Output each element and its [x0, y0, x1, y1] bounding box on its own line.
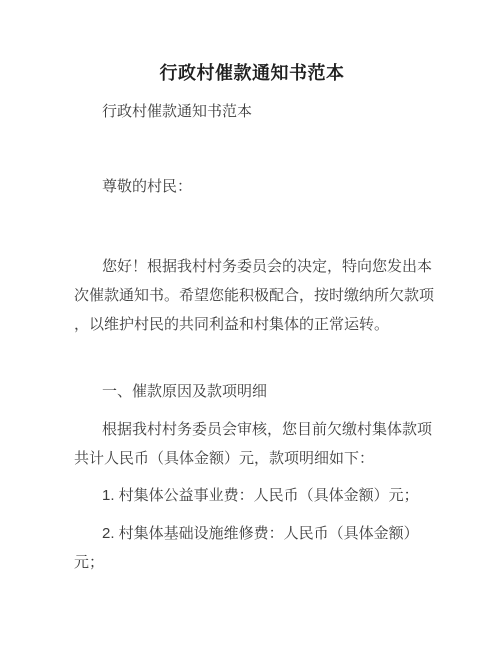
fee-item-2: 2. 村集体基础设施维修费：人民币（具体金额） 元；: [74, 519, 430, 577]
section-heading: 一、催款原因及款项明细: [74, 377, 430, 406]
text-line: 共计人民币（具体金额）元，款项明细如下：: [74, 444, 430, 473]
text-line: 您好！根据我村村务委员会的决定，特向您发出本: [74, 252, 430, 281]
salutation-paragraph: 尊敬的村民：: [74, 172, 430, 201]
text-line: 行政村催款通知书范本: [74, 97, 430, 126]
document-content: 行政村催款通知书范本 行政村催款通知书范本 尊敬的村民： 您好！根据我村村务委员…: [0, 0, 500, 577]
text-line: 根据我村村务委员会审核，您目前欠缴村集体款项: [74, 415, 430, 444]
fee-item-1: 1. 村集体公益事业费：人民币（具体金额）元；: [74, 481, 430, 510]
text-line: 2. 村集体基础设施维修费：人民币（具体金额）: [74, 519, 430, 548]
text-line: 1. 村集体公益事业费：人民币（具体金额）元；: [74, 481, 430, 510]
text-line: 元；: [74, 548, 430, 577]
subtitle-paragraph: 行政村催款通知书范本: [74, 97, 430, 126]
document-page: 行政村催款通知书范本 行政村催款通知书范本 尊敬的村民： 您好！根据我村村务委员…: [0, 0, 500, 647]
text-line: 次催款通知书。希望您能积极配合，按时缴纳所欠款项: [74, 281, 430, 310]
text-line: 尊敬的村民：: [74, 172, 430, 201]
text-line: 一、催款原因及款项明细: [74, 377, 430, 406]
document-title: 行政村催款通知书范本: [74, 59, 430, 88]
arrears-detail-paragraph: 根据我村村务委员会审核，您目前欠缴村集体款项 共计人民币（具体金额）元，款项明细…: [74, 415, 430, 473]
intro-paragraph: 您好！根据我村村务委员会的决定，特向您发出本 次催款通知书。希望您能积极配合，按…: [74, 252, 430, 339]
text-line: ，以维护村民的共同利益和村集体的正常运转。: [74, 310, 430, 339]
